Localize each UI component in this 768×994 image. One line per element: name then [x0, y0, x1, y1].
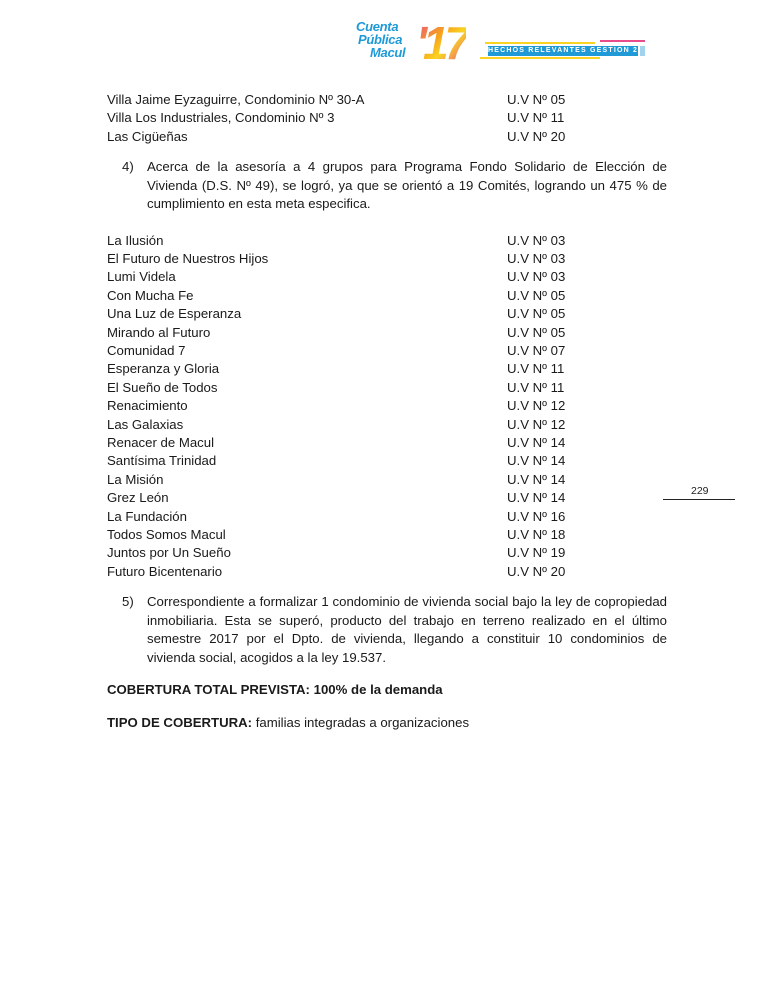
banner-stripe: [640, 46, 645, 56]
list-item: Villa Los Industriales, Condominio Nº 3U…: [107, 109, 667, 127]
list-item-uv: U.V Nº 05: [507, 287, 565, 305]
list-item-name: Mirando al Futuro: [107, 324, 210, 342]
list-item-uv: U.V Nº 07: [507, 342, 565, 360]
list-item-name: El Sueño de Todos: [107, 379, 217, 397]
list-item-name: Villa Jaime Eyzaguirre, Condominio Nº 30…: [107, 91, 364, 109]
list-item-uv: U.V Nº 11: [507, 379, 564, 397]
item-text: Acerca de la asesoría a 4 grupos para Pr…: [147, 159, 667, 211]
list-item-name: Renacer de Macul: [107, 434, 214, 452]
list-item-name: Todos Somos Macul: [107, 526, 226, 544]
coverage-type: TIPO DE COBERTURA: familias integradas a…: [107, 714, 667, 732]
list-item-uv: U.V Nº 14: [507, 489, 565, 507]
list-item-name: Comunidad 7: [107, 342, 185, 360]
list-item-uv: U.V Nº 20: [507, 128, 565, 146]
list-item-uv: U.V Nº 12: [507, 416, 565, 434]
list-item: Todos Somos MaculU.V Nº 18: [107, 526, 667, 544]
list-item-name: La Ilusión: [107, 232, 163, 250]
coverage-total-label: COBERTURA TOTAL PREVISTA:: [107, 682, 310, 697]
list-item-name: La Misión: [107, 471, 163, 489]
list-item-uv: U.V Nº 11: [507, 360, 564, 378]
list-item: Esperanza y GloriaU.V Nº 11: [107, 360, 667, 378]
list-item: Futuro BicentenarioU.V Nº 20: [107, 563, 667, 581]
list-item: La IlusiónU.V Nº 03: [107, 232, 667, 250]
list-item: Las CigüeñasU.V Nº 20: [107, 128, 667, 146]
list-item-uv: U.V Nº 03: [507, 232, 565, 250]
list-item-uv: U.V Nº 14: [507, 434, 565, 452]
list-item-uv: U.V Nº 14: [507, 471, 565, 489]
list-item-uv: U.V Nº 11: [507, 109, 564, 127]
list-item-name: El Futuro de Nuestros Hijos: [107, 250, 268, 268]
coverage-total-value: 100% de la demanda: [314, 682, 443, 697]
list-item: Una Luz de EsperanzaU.V Nº 05: [107, 305, 667, 323]
list-item-name: Lumi Videla: [107, 268, 176, 286]
list-item: Juntos por Un SueñoU.V Nº 19: [107, 544, 667, 562]
item-number: 5): [122, 593, 134, 612]
coverage-type-value: familias integradas a organizaciones: [256, 715, 469, 730]
list-item-name: Una Luz de Esperanza: [107, 305, 241, 323]
list-item: Las GalaxiasU.V Nº 12: [107, 416, 667, 434]
page-number: 229: [663, 485, 735, 500]
list-item: Renacer de MaculU.V Nº 14: [107, 434, 667, 452]
list-item: Santísima TrinidadU.V Nº 14: [107, 452, 667, 470]
coverage-type-label: TIPO DE COBERTURA:: [107, 715, 252, 730]
list-item-name: Renacimiento: [107, 397, 188, 415]
list-item: Comunidad 7U.V Nº 07: [107, 342, 667, 360]
list-item: Grez LeónU.V Nº 14: [107, 489, 667, 507]
list-item: Lumi VidelaU.V Nº 03: [107, 268, 667, 286]
list-item: El Futuro de Nuestros HijosU.V Nº 03: [107, 250, 667, 268]
list-item-name: Grez León: [107, 489, 169, 507]
list-item-uv: U.V Nº 03: [507, 268, 565, 286]
list-item-uv: U.V Nº 05: [507, 324, 565, 342]
list-item: La FundaciónU.V Nº 16: [107, 508, 667, 526]
list-item-uv: U.V Nº 03: [507, 250, 565, 268]
list-item-name: Santísima Trinidad: [107, 452, 216, 470]
document-body: Villa Jaime Eyzaguirre, Condominio Nº 30…: [107, 91, 667, 732]
list-item: La MisiónU.V Nº 14: [107, 471, 667, 489]
logo-year: '17: [416, 20, 466, 66]
condominium-list: Villa Jaime Eyzaguirre, Condominio Nº 30…: [107, 91, 667, 146]
list-item-uv: U.V Nº 12: [507, 397, 565, 415]
list-item: RenacimientoU.V Nº 12: [107, 397, 667, 415]
committee-list: La IlusiónU.V Nº 03El Futuro de Nuestros…: [107, 232, 667, 581]
banner-stripe: [485, 42, 595, 44]
cuenta-publica-macul-logo: Cuenta Pública Macul '17: [356, 20, 476, 72]
logo-text: Cuenta Pública Macul: [356, 20, 405, 59]
item-4: 4) Acerca de la asesoría a 4 grupos para…: [122, 158, 667, 214]
banner-stripe: [480, 57, 600, 59]
list-item-uv: U.V Nº 20: [507, 563, 565, 581]
page-header: Cuenta Pública Macul '17 HECHOS RELEVANT…: [0, 0, 768, 80]
list-item-name: Villa Los Industriales, Condominio Nº 3: [107, 109, 334, 127]
banner-title: HECHOS RELEVANTES GESTION 2017: [488, 46, 638, 56]
logo-line: Macul: [356, 46, 405, 59]
list-item-name: Con Mucha Fe: [107, 287, 194, 305]
list-item-name: La Fundación: [107, 508, 187, 526]
banner-stripe: [600, 40, 645, 42]
list-item-name: Las Cigüeñas: [107, 128, 188, 146]
item-text: Correspondiente a formalizar 1 condomini…: [147, 594, 667, 665]
list-item-name: Esperanza y Gloria: [107, 360, 219, 378]
item-number: 4): [122, 158, 134, 177]
coverage-total: COBERTURA TOTAL PREVISTA: 100% de la dem…: [107, 681, 667, 699]
list-item: Villa Jaime Eyzaguirre, Condominio Nº 30…: [107, 91, 667, 109]
list-item-uv: U.V Nº 18: [507, 526, 565, 544]
header-banner: HECHOS RELEVANTES GESTION 2017: [480, 42, 645, 62]
list-item-uv: U.V Nº 05: [507, 91, 565, 109]
list-item-name: Futuro Bicentenario: [107, 563, 222, 581]
list-item-uv: U.V Nº 14: [507, 452, 565, 470]
list-item: Con Mucha FeU.V Nº 05: [107, 287, 667, 305]
list-item: Mirando al FuturoU.V Nº 05: [107, 324, 667, 342]
item-5: 5) Correspondiente a formalizar 1 condom…: [122, 593, 667, 667]
list-item: El Sueño de TodosU.V Nº 11: [107, 379, 667, 397]
list-item-name: Juntos por Un Sueño: [107, 544, 231, 562]
list-item-uv: U.V Nº 05: [507, 305, 565, 323]
list-item-uv: U.V Nº 16: [507, 508, 565, 526]
list-item-name: Las Galaxias: [107, 416, 183, 434]
list-item-uv: U.V Nº 19: [507, 544, 565, 562]
